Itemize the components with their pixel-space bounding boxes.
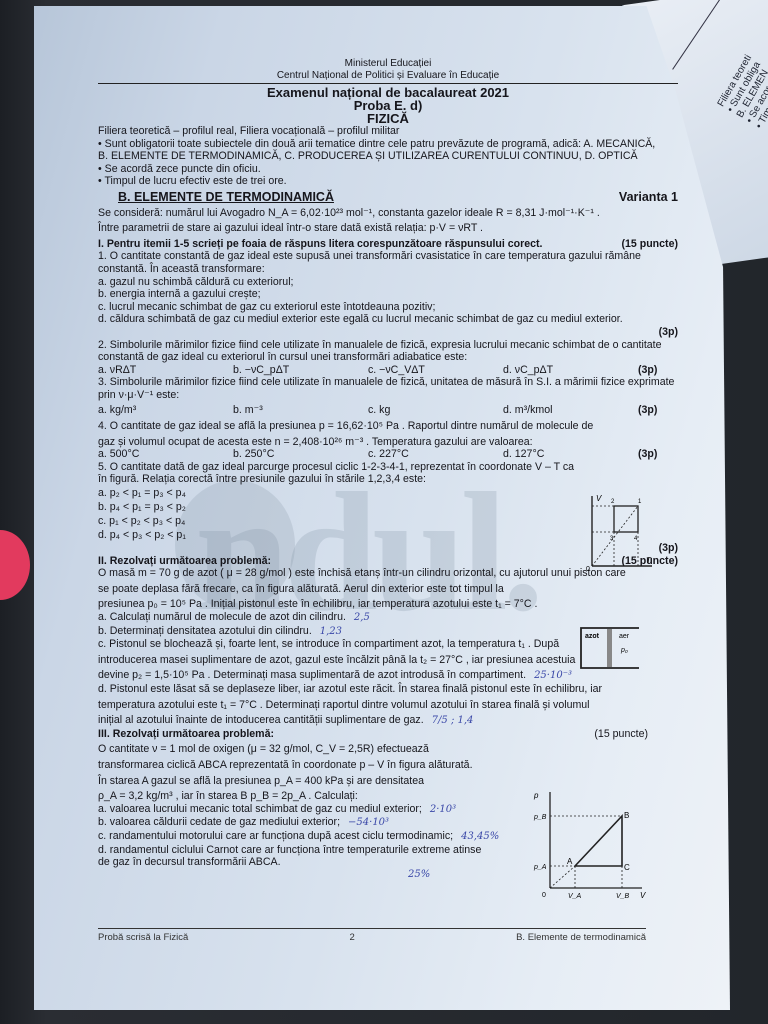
q3-option: b. m⁻³ (233, 404, 368, 417)
p3-intro: În starea A gazul se află la presiunea p… (98, 775, 678, 788)
q2-option: b. −νC_pΔT (233, 364, 368, 377)
p2-item-d: temperatura azotului este t₁ = 7°C . Det… (98, 699, 678, 712)
cylinder-figure: azot aer p₀ (579, 626, 641, 670)
q4-option: d. 127°C (503, 448, 638, 461)
header-rule (98, 83, 678, 84)
handwritten-answer: 2,5 (354, 612, 370, 623)
header-rule (672, 0, 734, 70)
axis-label: V (596, 494, 602, 503)
q2-option: d. νC_pΔT (503, 364, 638, 377)
exam-content: Ministerul Educației Centrul Național de… (98, 58, 678, 881)
part3-header: III. Rezolvați următoarea problemă: (15 … (98, 728, 678, 741)
q1-option-marked: d. căldura schimbată de gaz cu mediul ex… (98, 313, 678, 326)
q3-option: d. m³/kmol (503, 404, 638, 417)
svg-text:A: A (567, 857, 573, 866)
svg-text:V_A: V_A (568, 893, 582, 900)
handwritten-answer: 7/5 ; 1,4 (432, 715, 474, 726)
footer-right: B. Elemente de termodinamică (516, 932, 646, 943)
p3-intro: O cantitate ν = 1 mol de oxigen (μ = 32 … (98, 743, 678, 756)
svg-text:p₀: p₀ (620, 647, 628, 654)
svg-text:B: B (624, 811, 629, 820)
svg-text:C: C (624, 863, 630, 872)
background-object (0, 530, 30, 600)
state-relation: Între parametrii de stare ai gazului ide… (98, 222, 678, 235)
svg-text:p_A: p_A (533, 864, 547, 871)
q4-option: a. 500°C (98, 448, 233, 461)
q1-option: a. gazul nu schimbă căldură cu exterioru… (98, 276, 678, 289)
svg-text:0: 0 (586, 566, 590, 572)
p2-item-d: inițial al azotului înainte de intoducer… (98, 714, 678, 728)
q2-options: a. νRΔT b. −νC_pΔT c. −νC_VΔT d. νC_pΔT … (98, 364, 678, 377)
svg-text:V_B: V_B (616, 893, 630, 900)
part1-points: (15 puncte) (621, 238, 678, 251)
q4-options: a. 500°C b. 250°C c. 227°C d. 127°C (3p) (98, 448, 678, 461)
q3-option: c. kg (368, 404, 503, 417)
instruction: • Timpul de lucru efectiv este de trei o… (98, 175, 678, 188)
part1-header: I. Pentru itemii 1-5 scrieți pe foaia de… (98, 238, 678, 251)
instruction: • Sunt obligatorii toate subiectele din … (98, 138, 678, 151)
q1-score: (3p) (98, 326, 678, 339)
exam-subject: FIZICĂ (98, 112, 678, 125)
handwritten-answer: 1,23 (320, 626, 342, 637)
q4-option-marked: c. 227°C (368, 448, 503, 461)
section-header: B. ELEMENTE DE TERMODINAMICĂ Varianta 1 (98, 191, 678, 204)
p2-intro: se poate deplasa fără frecare, ca în fig… (98, 583, 678, 596)
part1-heading: I. Pentru itemii 1-5 scrieți pe foaia de… (98, 238, 543, 251)
vt-cycle-figure: V T 0 1 2 3 4 (586, 492, 656, 572)
q3-score: (3p) (638, 404, 678, 417)
part3-heading: III. Rezolvați următoarea problemă: (98, 728, 274, 741)
section-title: B. ELEMENTE DE TERMODINAMICĂ (118, 191, 334, 204)
handwritten-answer: −54·10³ (348, 817, 389, 828)
p2-item-a: a. Calculați numărul de molecule de azot… (98, 611, 678, 625)
q5-text: 5. O cantitate dată de gaz ideal parcurg… (98, 461, 578, 486)
q3-options: a. kg/m³ b. m⁻³ c. kg d. m³/kmol (3p) (98, 404, 678, 417)
page-number: 2 (350, 932, 355, 943)
p3-intro: transformarea ciclică ABCA reprezentată … (98, 759, 678, 772)
p2-intro: presiunea p₀ = 10⁵ Pa . Inițial pistonul… (98, 598, 678, 611)
variant: Varianta 1 (619, 191, 678, 204)
q1-option: c. lucrul mecanic schimbat de gaz cu ext… (98, 301, 678, 314)
svg-text:p: p (533, 791, 539, 800)
q3-text: 3. Simbolurile mărimilor fizice fiind ce… (98, 376, 678, 401)
q2-score: (3p) (638, 364, 678, 377)
svg-text:3: 3 (610, 536, 614, 542)
side-sheet-text: Filiera teoreti • Sunt obliga B. ELEMEN … (716, 53, 768, 131)
pv-cycle-figure: p V 0 p_B p_A V_A V_B A B C (530, 788, 650, 903)
part2-heading: II. Rezolvați următoarea problemă: (98, 555, 271, 568)
ministry: Ministerul Educației (98, 58, 678, 70)
q1-option: b. energia internă a gazului crește; (98, 288, 678, 301)
part3-points: (15 puncte) (594, 728, 648, 741)
svg-text:2: 2 (611, 499, 615, 505)
handwritten-answer: 25·10⁻³ (534, 670, 572, 681)
instruction: • Se acordă zece puncte din oficiu. (98, 163, 678, 176)
svg-text:azot: azot (585, 633, 600, 640)
svg-text:0: 0 (542, 892, 546, 899)
q4-option: b. 250°C (233, 448, 368, 461)
footer-left: Probă scrisă la Fizică (98, 932, 188, 943)
constants: Se consideră: numărul lui Avogadro N_A =… (98, 207, 678, 220)
svg-text:4: 4 (634, 536, 638, 542)
q2-option-marked: c. −νC_VΔT (368, 364, 503, 377)
q4-score: (3p) (638, 448, 678, 461)
q1-text: 1. O cantitate constantă de gaz ideal es… (98, 250, 678, 275)
p2-item-c: devine p₂ = 1,5·10⁵ Pa . Determinați mas… (98, 669, 678, 683)
q3-option-marked: a. kg/m³ (98, 404, 233, 417)
svg-text:aer: aer (619, 633, 630, 640)
q4-text: 4. O cantitate de gaz ideal se află la p… (98, 420, 678, 433)
evaluation-center: Centrul Național de Politici și Evaluare… (98, 70, 678, 82)
q4-text: gaz și volumul ocupat de acesta este n =… (98, 436, 678, 449)
svg-text:1: 1 (638, 499, 642, 505)
svg-text:V: V (640, 891, 646, 900)
q2-text: 2. Simbolurile mărimilor fizice fiind ce… (98, 339, 678, 364)
page-footer: Probă scrisă la Fizică 2 B. Elemente de … (98, 928, 646, 943)
svg-text:p_B: p_B (533, 814, 547, 821)
handwritten-answer: 2·10³ (430, 804, 456, 815)
instruction: B. ELEMENTE DE TERMODINAMICĂ, C. PRODUCE… (98, 150, 678, 163)
q2-option: a. νRΔT (98, 364, 233, 377)
handwritten-answer: 43,45% (461, 831, 499, 842)
filiera: Filiera teoretică – profilul real, Filie… (98, 125, 678, 138)
svg-text:T: T (646, 556, 652, 565)
p2-item-d: d. Pistonul este lăsat să se deplaseze l… (98, 683, 678, 696)
